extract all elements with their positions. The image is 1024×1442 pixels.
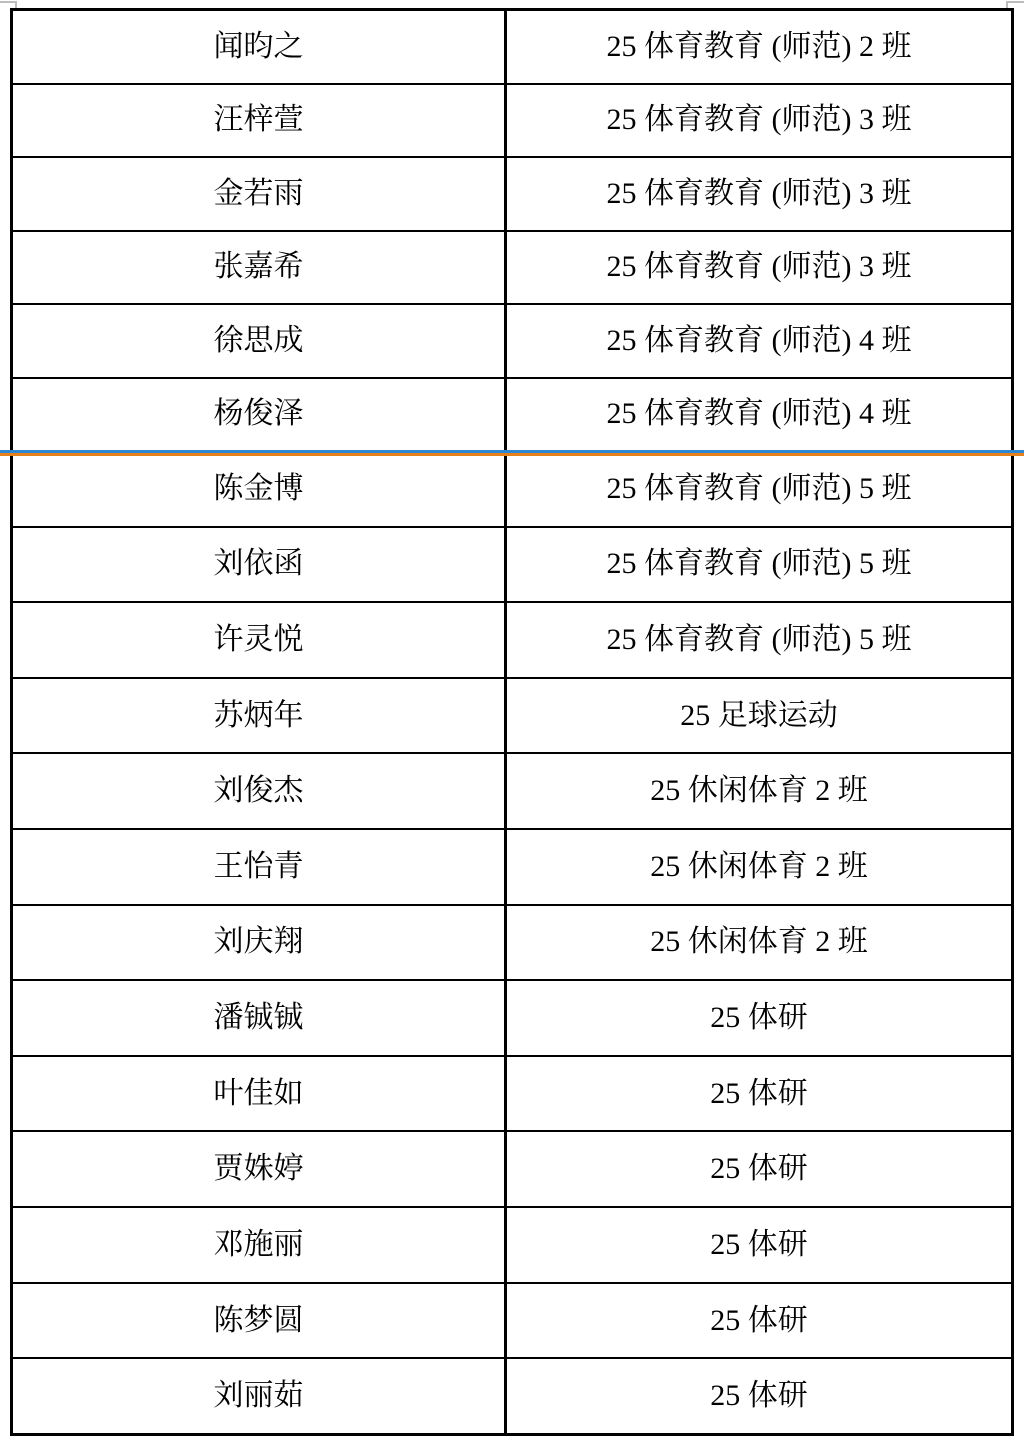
student-name-cell: 陈梦圆 — [13, 1284, 507, 1358]
table-row: 刘俊杰 25 休闲体育 2 班 — [13, 754, 1011, 830]
class-name: 25 体育教育 (师范) 5 班 — [607, 549, 912, 579]
table-row: 王怡青 25 休闲体育 2 班 — [13, 830, 1011, 906]
table-row: 许灵悦 25 体育教育 (师范) 5 班 — [13, 603, 1011, 679]
class-name: 25 休闲体育 2 班 — [650, 927, 868, 957]
student-name: 刘俊杰 — [214, 776, 304, 806]
class-name-cell: 25 体育教育 (师范) 5 班 — [507, 452, 1011, 526]
class-name-cell: 25 体育教育 (师范) 4 班 — [507, 379, 1011, 451]
student-name-cell: 金若雨 — [13, 158, 507, 230]
student-name: 徐思成 — [214, 326, 304, 356]
class-name: 25 体研 — [710, 1306, 808, 1336]
student-name-cell: 刘依函 — [13, 528, 507, 602]
table-row: 汪梓萱 25 体育教育 (师范) 3 班 — [13, 85, 1011, 159]
table-row: 闻昀之 25 体育教育 (师范) 2 班 — [13, 11, 1011, 85]
class-name: 25 体研 — [710, 1003, 808, 1033]
student-name: 陈金博 — [214, 474, 304, 504]
student-name-cell: 徐思成 — [13, 305, 507, 377]
class-name-cell: 25 体研 — [507, 1132, 1011, 1206]
student-name-cell: 许灵悦 — [13, 603, 507, 677]
class-name: 25 体育教育 (师范) 3 班 — [607, 105, 912, 135]
class-name-cell: 25 体研 — [507, 1057, 1011, 1131]
student-name: 陈梦圆 — [214, 1306, 304, 1336]
student-name-cell: 潘铖铖 — [13, 981, 507, 1055]
class-name-cell: 25 休闲体育 2 班 — [507, 906, 1011, 980]
student-name: 杨俊泽 — [214, 399, 304, 429]
student-name-cell: 刘丽茹 — [13, 1359, 507, 1433]
class-name: 25 体研 — [710, 1079, 808, 1109]
table-row: 刘丽茹 25 体研 — [13, 1359, 1011, 1433]
student-name: 张嘉希 — [214, 252, 304, 282]
class-name-cell: 25 体育教育 (师范) 5 班 — [507, 528, 1011, 602]
class-name: 25 体育教育 (师范) 3 班 — [607, 179, 912, 209]
class-name-cell: 25 休闲体育 2 班 — [507, 754, 1011, 828]
page-boundary-marker — [0, 450, 1024, 456]
student-name-cell: 杨俊泽 — [13, 379, 507, 451]
class-name: 25 体育教育 (师范) 4 班 — [607, 399, 912, 429]
student-name-cell: 王怡青 — [13, 830, 507, 904]
table-row: 陈梦圆 25 体研 — [13, 1284, 1011, 1360]
student-name: 金若雨 — [214, 179, 304, 209]
class-name: 25 休闲体育 2 班 — [650, 776, 868, 806]
student-name-cell: 张嘉希 — [13, 232, 507, 304]
student-name-cell: 邓施丽 — [13, 1208, 507, 1282]
table-row: 金若雨 25 体育教育 (师范) 3 班 — [13, 158, 1011, 232]
class-name: 25 体育教育 (师范) 3 班 — [607, 252, 912, 282]
student-name-cell: 苏炳年 — [13, 679, 507, 753]
student-name: 苏炳年 — [214, 701, 304, 731]
table-row: 张嘉希 25 体育教育 (师范) 3 班 — [13, 232, 1011, 306]
table-row: 徐思成 25 体育教育 (师范) 4 班 — [13, 305, 1011, 379]
class-name-cell: 25 体育教育 (师范) 3 班 — [507, 85, 1011, 157]
student-name: 许灵悦 — [214, 625, 304, 655]
table-row: 刘庆翔 25 休闲体育 2 班 — [13, 906, 1011, 982]
table-row: 苏炳年 25 足球运动 — [13, 679, 1011, 755]
class-name: 25 休闲体育 2 班 — [650, 852, 868, 882]
student-name: 汪梓萱 — [214, 105, 304, 135]
student-name-cell: 叶佳如 — [13, 1057, 507, 1131]
document-page: 闻昀之 25 体育教育 (师范) 2 班 汪梓萱 25 体育教育 (师范) 3 … — [0, 0, 1024, 1442]
student-name-cell: 汪梓萱 — [13, 85, 507, 157]
table-row: 杨俊泽 25 体育教育 (师范) 4 班 — [13, 379, 1011, 453]
class-name-cell: 25 休闲体育 2 班 — [507, 830, 1011, 904]
student-name: 刘依函 — [214, 549, 304, 579]
class-name-cell: 25 体研 — [507, 1208, 1011, 1282]
table-row: 潘铖铖 25 体研 — [13, 981, 1011, 1057]
table-row: 刘依函 25 体育教育 (师范) 5 班 — [13, 528, 1011, 604]
student-name: 潘铖铖 — [214, 1003, 304, 1033]
class-name-cell: 25 体研 — [507, 981, 1011, 1055]
class-name-cell: 25 体育教育 (师范) 5 班 — [507, 603, 1011, 677]
student-name: 刘庆翔 — [214, 927, 304, 957]
student-name: 邓施丽 — [214, 1230, 304, 1260]
class-name: 25 体研 — [710, 1230, 808, 1260]
class-name: 25 体研 — [710, 1154, 808, 1184]
class-name-cell: 25 体育教育 (师范) 4 班 — [507, 305, 1011, 377]
class-name-cell: 25 足球运动 — [507, 679, 1011, 753]
student-name: 贾姝婷 — [214, 1154, 304, 1184]
student-class-table: 闻昀之 25 体育教育 (师范) 2 班 汪梓萱 25 体育教育 (师范) 3 … — [10, 8, 1014, 1436]
class-name-cell: 25 体育教育 (师范) 3 班 — [507, 158, 1011, 230]
table-row: 叶佳如 25 体研 — [13, 1057, 1011, 1133]
class-name: 25 体育教育 (师范) 4 班 — [607, 326, 912, 356]
student-name-cell: 贾姝婷 — [13, 1132, 507, 1206]
class-name: 25 体育教育 (师范) 5 班 — [607, 474, 912, 504]
student-name-cell: 刘俊杰 — [13, 754, 507, 828]
student-name-cell: 闻昀之 — [13, 11, 507, 83]
page-boundary-marker-orange — [0, 453, 1024, 456]
student-name: 叶佳如 — [214, 1079, 304, 1109]
class-name: 25 体研 — [710, 1381, 808, 1411]
class-name-cell: 25 体育教育 (师范) 2 班 — [507, 11, 1011, 83]
student-name-cell: 陈金博 — [13, 452, 507, 526]
table-row: 贾姝婷 25 体研 — [13, 1132, 1011, 1208]
table-row: 邓施丽 25 体研 — [13, 1208, 1011, 1284]
student-name: 刘丽茹 — [214, 1381, 304, 1411]
class-name: 25 足球运动 — [680, 701, 838, 731]
table-row: 陈金博 25 体育教育 (师范) 5 班 — [13, 452, 1011, 528]
class-name: 25 体育教育 (师范) 5 班 — [607, 625, 912, 655]
student-name: 王怡青 — [214, 852, 304, 882]
student-name: 闻昀之 — [214, 32, 304, 62]
class-name-cell: 25 体研 — [507, 1359, 1011, 1433]
class-name-cell: 25 体研 — [507, 1284, 1011, 1358]
class-name: 25 体育教育 (师范) 2 班 — [607, 32, 912, 62]
class-name-cell: 25 体育教育 (师范) 3 班 — [507, 232, 1011, 304]
student-name-cell: 刘庆翔 — [13, 906, 507, 980]
